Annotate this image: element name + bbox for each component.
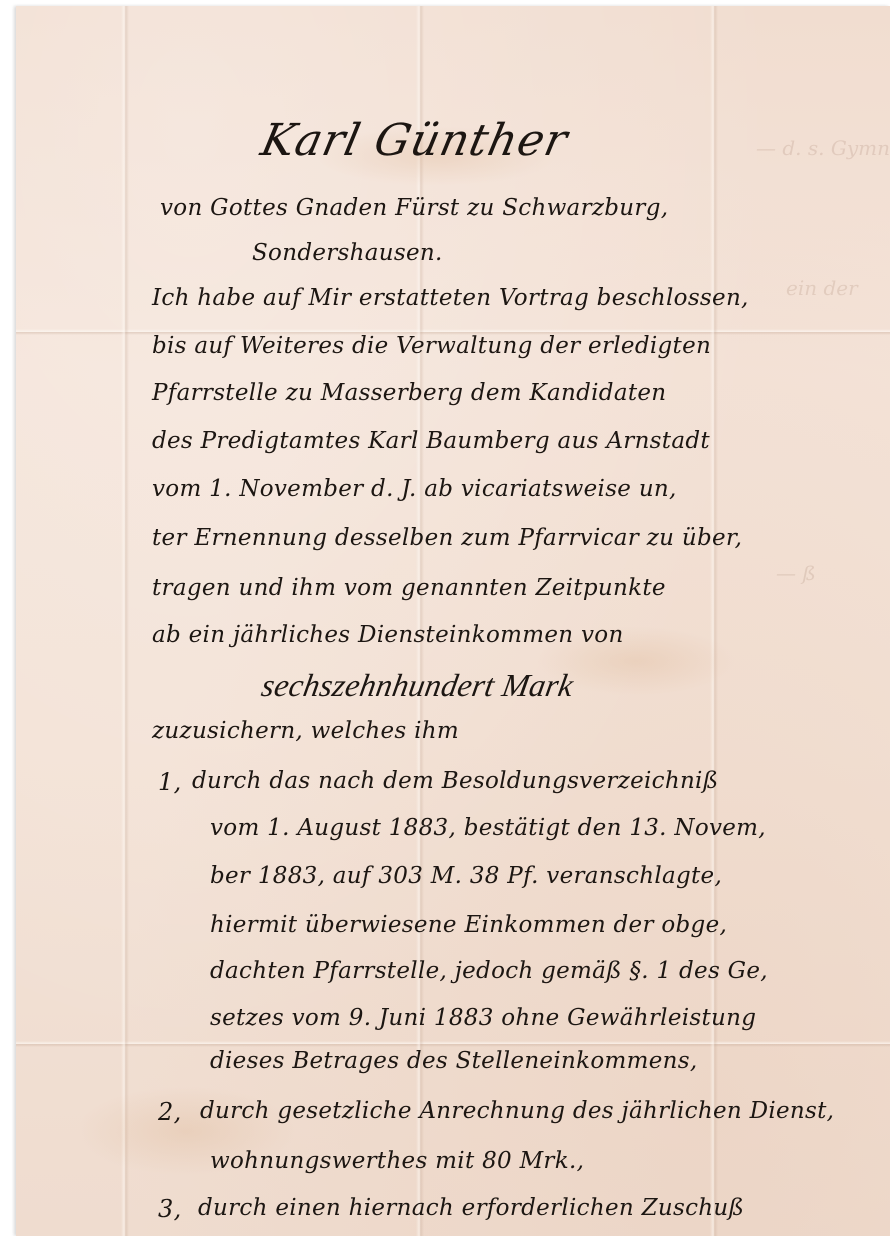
horizontal-fold [16, 1041, 890, 1047]
bleed-through-text: — ß [776, 561, 816, 585]
bleed-through-text: ein der [786, 276, 858, 300]
letter-line: Ich habe auf Mir erstatteten Vortrag bes… [152, 285, 749, 311]
list-item-line: hiermit überwiesene Einkommen der obge, [210, 912, 727, 938]
list-number: 1, [158, 768, 182, 796]
letter-line: bis auf Weiteres die Verwaltung der erle… [152, 333, 711, 359]
list-item-line: setzes vom 9. Juni 1883 ohne Gewährleist… [210, 1005, 756, 1031]
letter-line: Pfarrstelle zu Masserberg dem Kandidaten [152, 380, 666, 406]
list-item-line: durch das nach dem Besoldungsverzeichniß [192, 768, 718, 794]
letter-line: vom 1. November d. J. ab vicariatsweise … [152, 476, 677, 502]
list-item-line: vom 1. August 1883, bestätigt den 13. No… [210, 815, 766, 841]
list-number: 3, [158, 1195, 182, 1223]
letter-title: Karl Günther [257, 115, 573, 166]
letter-line: des Predigtamtes Karl Baumberg aus Arnst… [152, 428, 710, 454]
vertical-fold [710, 6, 718, 1236]
letter-line: ab ein jährliches Diensteinkommen von [152, 622, 624, 648]
letter-line: zuzusichern, welches ihm [152, 718, 459, 744]
salary-amount: sechszehnhundert Mark [259, 667, 577, 704]
list-item-line: dieses Betrages des Stelleneinkommens, [210, 1048, 697, 1074]
letter-line: tragen und ihm vom genannten Zeitpunkte [152, 575, 666, 601]
letter-line: von Gottes Gnaden Fürst zu Schwarzburg, [160, 195, 668, 221]
list-item-line: ber 1883, auf 303 M. 38 Pf. veranschlagt… [210, 863, 722, 889]
letter-line: Sondershausen. [252, 240, 443, 266]
list-item-line: wohnungswerthes mit 80 Mrk., [210, 1148, 584, 1174]
list-item-line: durch gesetzliche Anrechnung des jährlic… [200, 1098, 834, 1124]
vertical-fold [121, 6, 129, 1236]
bleed-through-text: — d. s. Gymnasial [756, 136, 890, 160]
list-item-line: durch einen hiernach erforderlichen Zusc… [198, 1195, 744, 1221]
letter-line: ter Ernennung desselben zum Pfarrvicar z… [152, 525, 742, 551]
list-number: 2, [158, 1098, 182, 1126]
list-item-line: dachten Pfarrstelle, jedoch gemäß §. 1 d… [210, 958, 768, 984]
